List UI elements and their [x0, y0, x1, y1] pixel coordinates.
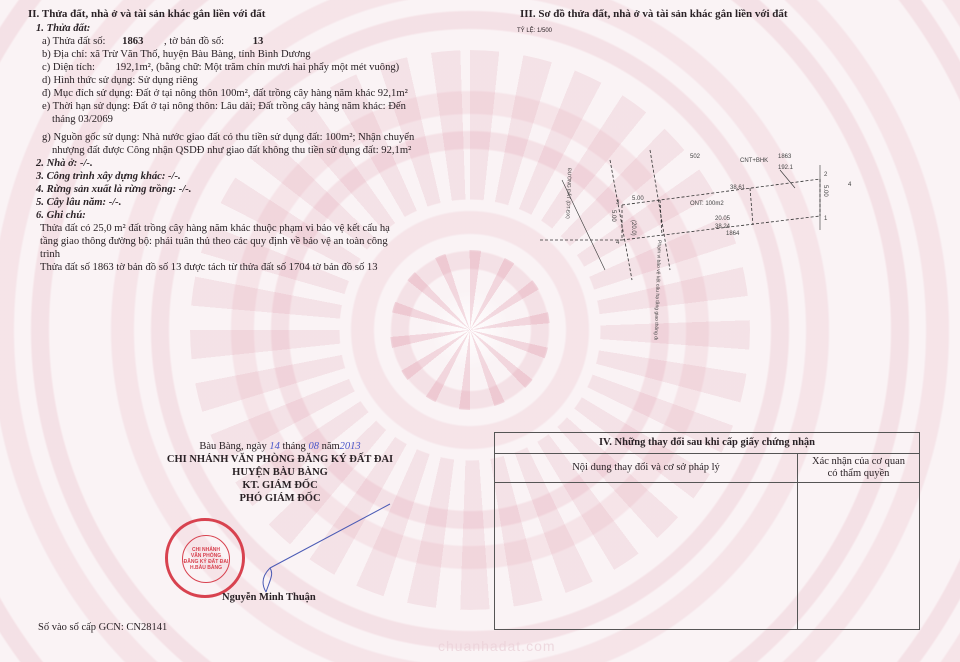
- origin-row: g) Nguồn gốc sử dụng: Nhà nước giao đất …: [42, 131, 458, 144]
- column-header-content: Nội dung thay đổi và cơ sở pháp lý: [495, 454, 797, 483]
- dim-top: 38.61: [730, 185, 746, 191]
- parcel-number: 1863: [122, 36, 143, 47]
- parcel-area-label: 192.1: [778, 165, 794, 171]
- address-row: b) Địa chỉ: xã Trừ Văn Thố, huyện Bàu Bà…: [42, 48, 458, 61]
- issuing-org: CHI NHÁNH VĂN PHÒNG ĐĂNG KÝ ĐẤT ĐAI: [130, 453, 430, 466]
- parcel-diagram: 502 CNT+BHK 1863 192.1 4 1864 ONT: 100m2…: [540, 140, 870, 340]
- place-date: Bàu Bàng, ngày 14 tháng 08 năm2013: [130, 440, 430, 453]
- usage-form-row: d) Hình thức sử dụng: Sử dụng riêng: [42, 74, 458, 87]
- gcn-register-number: Số vào sổ cấp GCN: CN28141: [38, 622, 167, 633]
- dim-inner-width: 5.00: [632, 196, 644, 202]
- signer-name: Nguyễn Minh Thuận: [222, 592, 316, 603]
- origin-row-cont: nhượng đất được Công nhận QSDĐ như giao …: [52, 144, 458, 157]
- note-line: Thửa đất số 1863 tờ bản đồ số 13 được tá…: [40, 261, 458, 274]
- parcel-code: CNT+BHK: [740, 158, 768, 164]
- parcel-number-label: 1863: [778, 154, 792, 160]
- changes-content-column: Nội dung thay đổi và cơ sở pháp lý: [495, 454, 798, 630]
- neighbor-parcel-1864: 1864: [726, 231, 740, 237]
- sign-year: 2013: [340, 441, 361, 452]
- section3-title: III. Sơ đồ thửa đất, nhà ở và tài sản kh…: [520, 8, 788, 20]
- map-scale: TỶ LỆ: 1/500: [517, 28, 552, 34]
- sign-day: 14: [269, 441, 280, 452]
- section2-title: II. Thửa đất, nhà ở và tài sản khác gắn …: [28, 8, 458, 21]
- map-number: 13: [253, 36, 264, 47]
- note-line: Thửa đất có 25,0 m² đất trồng cây hàng n…: [40, 222, 458, 235]
- perennial-row: 5. Cây lâu năm: -/-.: [36, 196, 458, 209]
- neighbor-parcel-502: 502: [690, 154, 701, 160]
- issuing-district: HUYỆN BÀU BÀNG: [130, 466, 430, 479]
- notes-heading: 6. Ghi chú:: [36, 209, 458, 222]
- neighbor-parcel-4: 4: [848, 182, 852, 188]
- signer-role: KT. GIÁM ĐỐC: [130, 479, 430, 492]
- area-row: c) Diện tích: 192,1m², (bằng chữ: Một tr…: [42, 61, 458, 74]
- sign-month: 08: [308, 441, 319, 452]
- column-header-confirmation: Xác nhận của cơ quan có thẩm quyền: [798, 454, 919, 483]
- note-line: trình: [40, 248, 458, 261]
- protection-zone-label: Phạm vi bảo vệ kết cấu hạ tầng giao thôn…: [652, 240, 662, 340]
- forest-row: 4. Rừng sản xuất là rừng trồng: -/-.: [36, 183, 458, 196]
- dim-bottom: 38.24: [715, 224, 731, 230]
- section-land-info: II. Thửa đất, nhà ở và tài sản khác gắn …: [28, 8, 458, 274]
- changes-confirmation-column: Xác nhận của cơ quan có thẩm quyền: [798, 454, 919, 630]
- changes-table: IV. Những thay đổi sau khi cấp giấy chứn…: [494, 432, 920, 630]
- corner-1: 1: [824, 216, 828, 222]
- construction-row: 3. Công trình xây dựng khác: -/-.: [36, 170, 458, 183]
- usage-purpose-row: đ) Mục đích sử dụng: Đất ở tại nông thôn…: [42, 87, 458, 100]
- note-line: tầng giao thông đường bộ: phải tuân thủ …: [40, 235, 458, 248]
- house-row: 2. Nhà ở: -/-.: [36, 157, 458, 170]
- corner-4: 4: [616, 240, 620, 246]
- website-watermark: chuanhadat.com: [438, 638, 556, 654]
- corner-3: 3: [616, 200, 620, 206]
- parcel-number-row: a) Thửa đất số: 1863 , tờ bản đồ số: 13: [42, 35, 458, 48]
- usage-term-row-cont: tháng 03/2069: [52, 113, 458, 126]
- signature-block: Bàu Bàng, ngày 14 tháng 08 năm2013 CHI N…: [130, 440, 430, 505]
- land-certificate-page: II. Thửa đất, nhà ở và tài sản khác gắn …: [0, 0, 960, 662]
- dim-inner-left: (20.0): [630, 220, 636, 236]
- section4-title: IV. Những thay đổi sau khi cấp giấy chứn…: [495, 433, 919, 454]
- road-label: ĐƯỜNG ĐẤT (DT-ĐX): [564, 168, 573, 219]
- dim-left: 5.00: [610, 210, 616, 222]
- inner-area-label: ONT: 100m2: [690, 201, 724, 207]
- usage-term-row: e) Thời hạn sử dụng: Đất ở tại nông thôn…: [42, 100, 458, 113]
- dim-inner-bottom: 20.05: [715, 216, 731, 222]
- land-heading: 1. Thửa đất:: [36, 22, 458, 35]
- dim-right: 5.00: [822, 185, 828, 197]
- handwritten-signature: [230, 500, 400, 600]
- corner-2: 2: [824, 172, 828, 178]
